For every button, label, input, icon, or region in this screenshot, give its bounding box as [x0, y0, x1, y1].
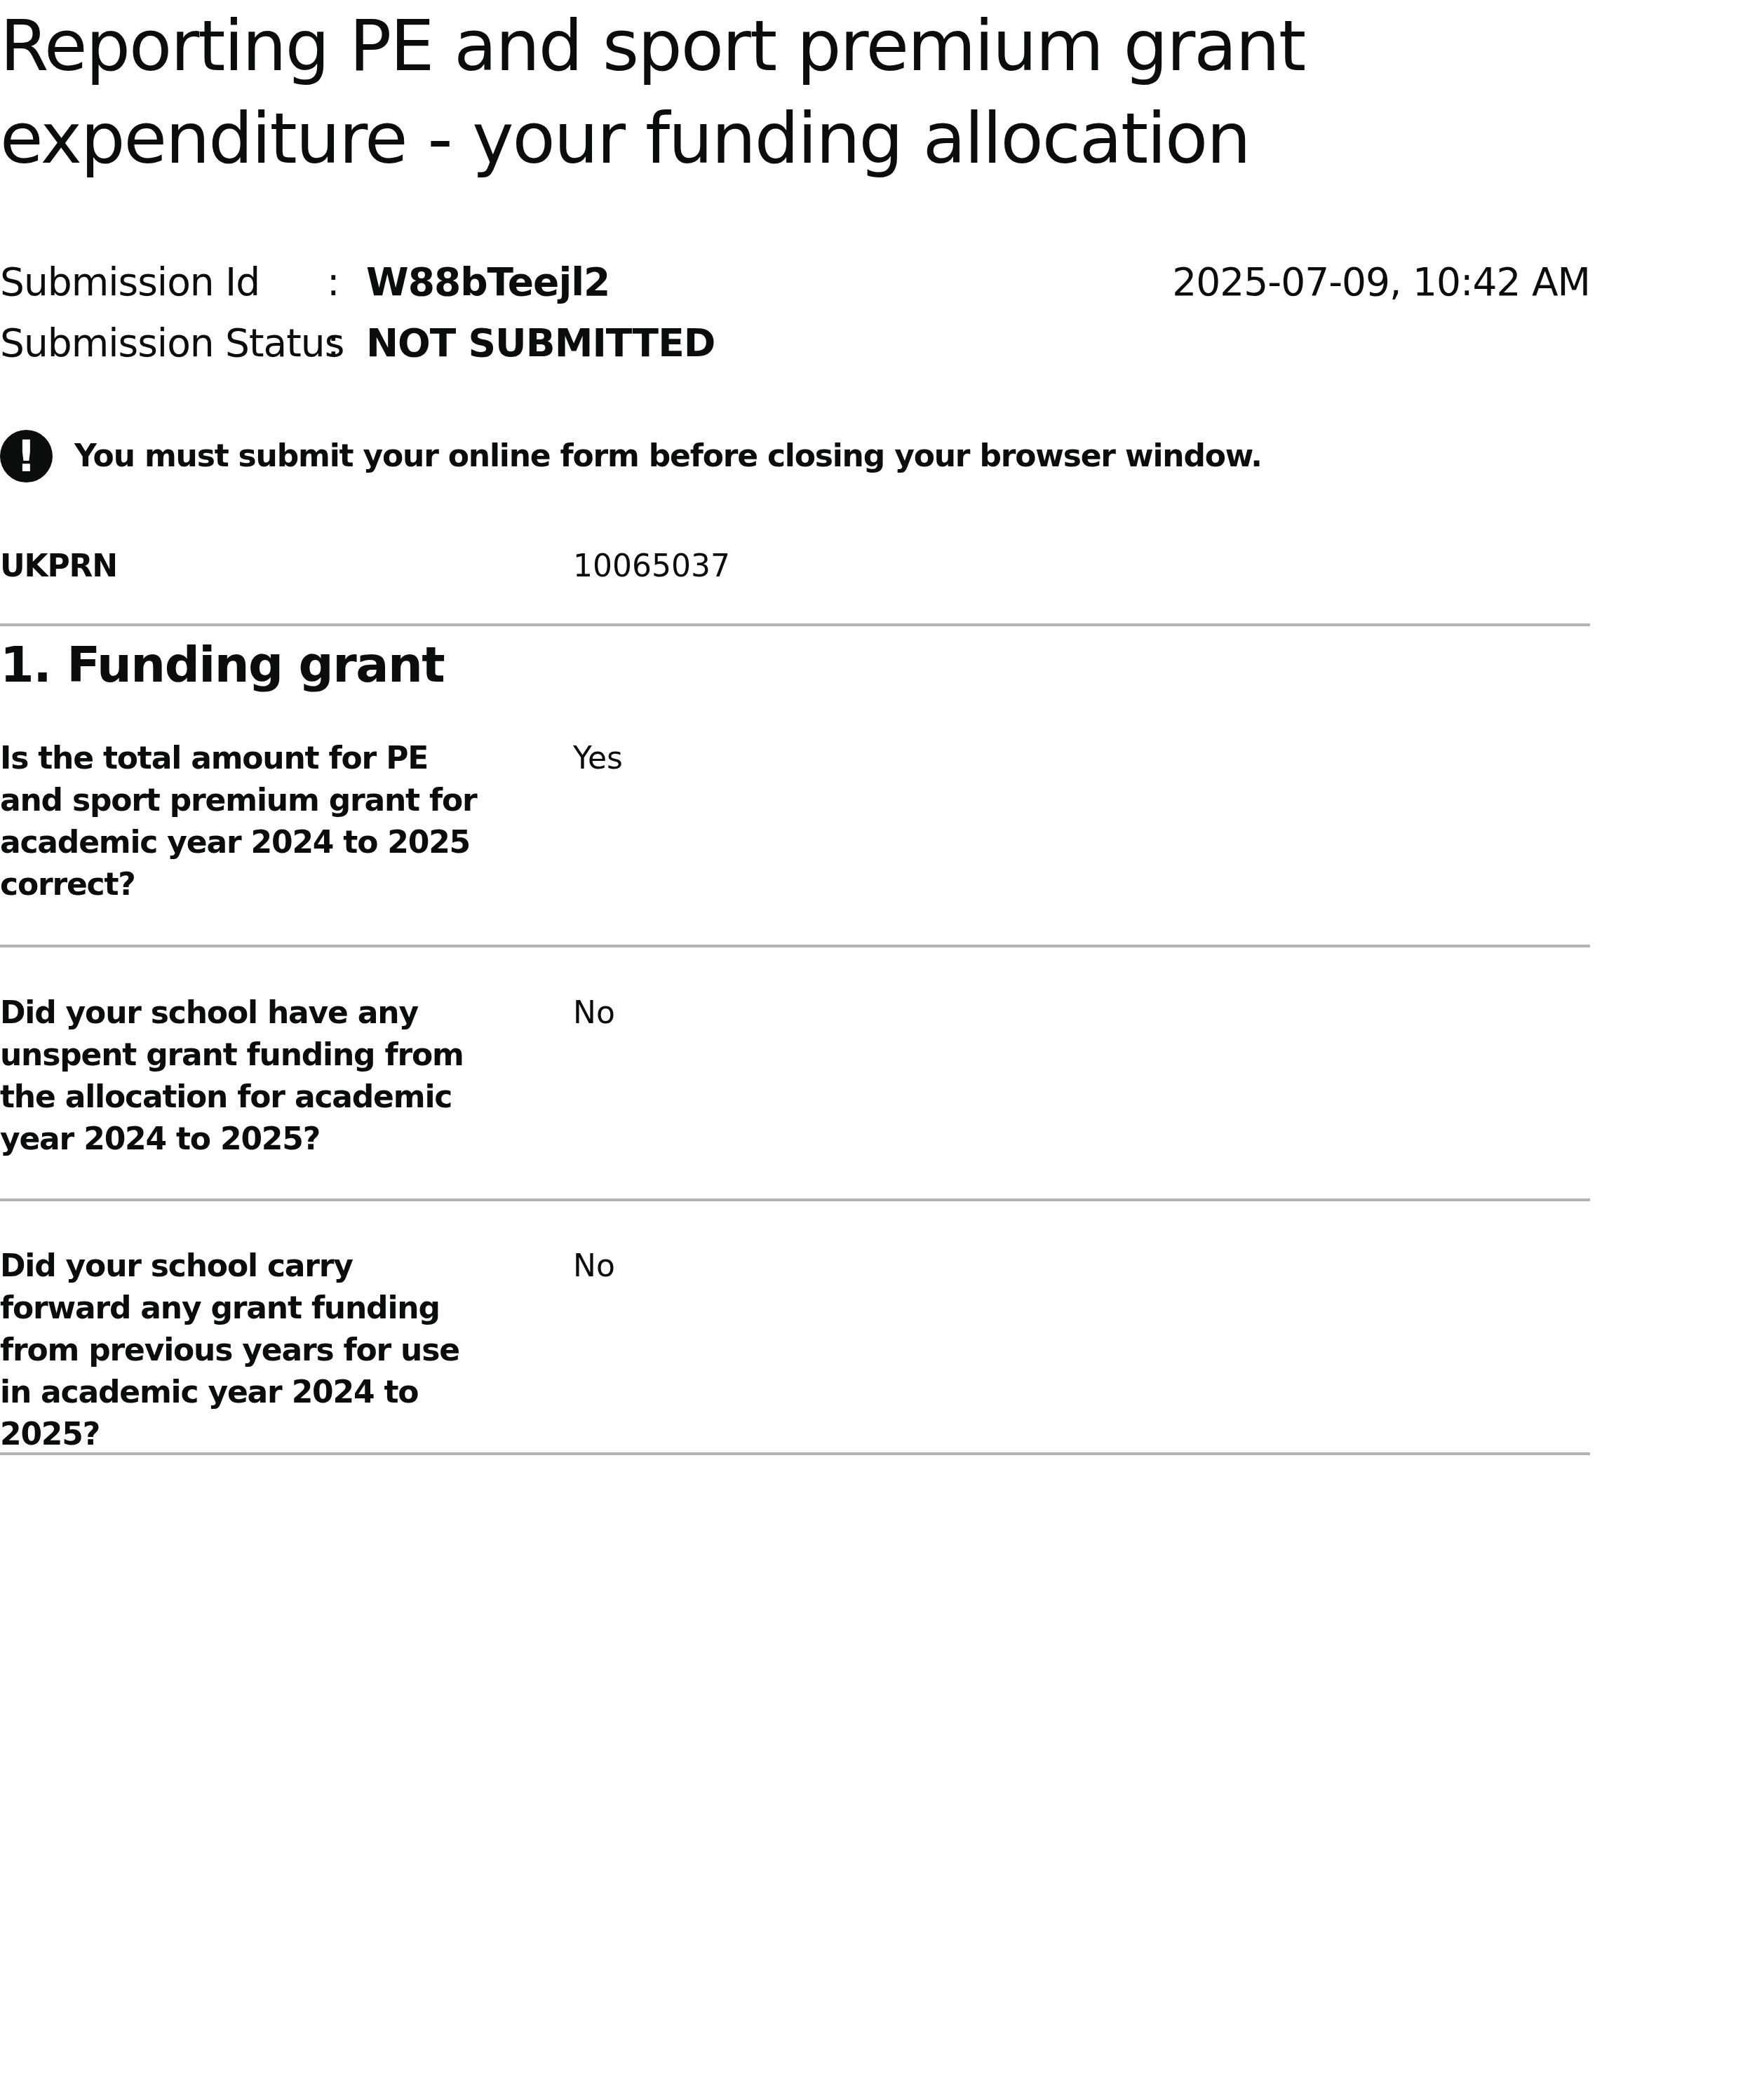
answer-value: No: [573, 992, 615, 1034]
answer-value: No: [573, 1245, 615, 1288]
submission-status-separator: :: [327, 315, 340, 371]
submission-status-badge: NOT SUBMITTED: [366, 315, 715, 371]
divider: [0, 1452, 1590, 1455]
submission-status-label: Submission Status: [0, 315, 344, 371]
section-heading-funding-grant: 1. Funding grant: [0, 633, 444, 697]
question-label: Did your school have any unspent grant f…: [0, 992, 491, 1161]
submission-id-value: W88bTeejl2: [366, 254, 610, 310]
submission-id-label: Submission Id: [0, 254, 260, 310]
submission-timestamp: 2025-07-09, 10:42 AM: [1172, 254, 1590, 310]
page-title: Reporting PE and sport premium grant exp…: [0, 0, 1403, 185]
divider: [0, 1198, 1590, 1201]
question-label: Is the total amount for PE and sport pre…: [0, 738, 491, 906]
warning-message: You must submit your online form before …: [74, 438, 1262, 474]
exclamation-circle-icon: !: [0, 430, 53, 482]
divider: [0, 945, 1590, 947]
answer-value: Yes: [573, 738, 623, 780]
warning-text-block: ! You must submit your online form befor…: [0, 429, 1262, 482]
question-label: Did your school carry forward any grant …: [0, 1245, 491, 1456]
divider: [0, 623, 1590, 626]
ukprn-value: 10065037: [573, 546, 730, 588]
submission-id-separator: :: [327, 254, 340, 310]
ukprn-label: UKPRN: [0, 546, 491, 588]
